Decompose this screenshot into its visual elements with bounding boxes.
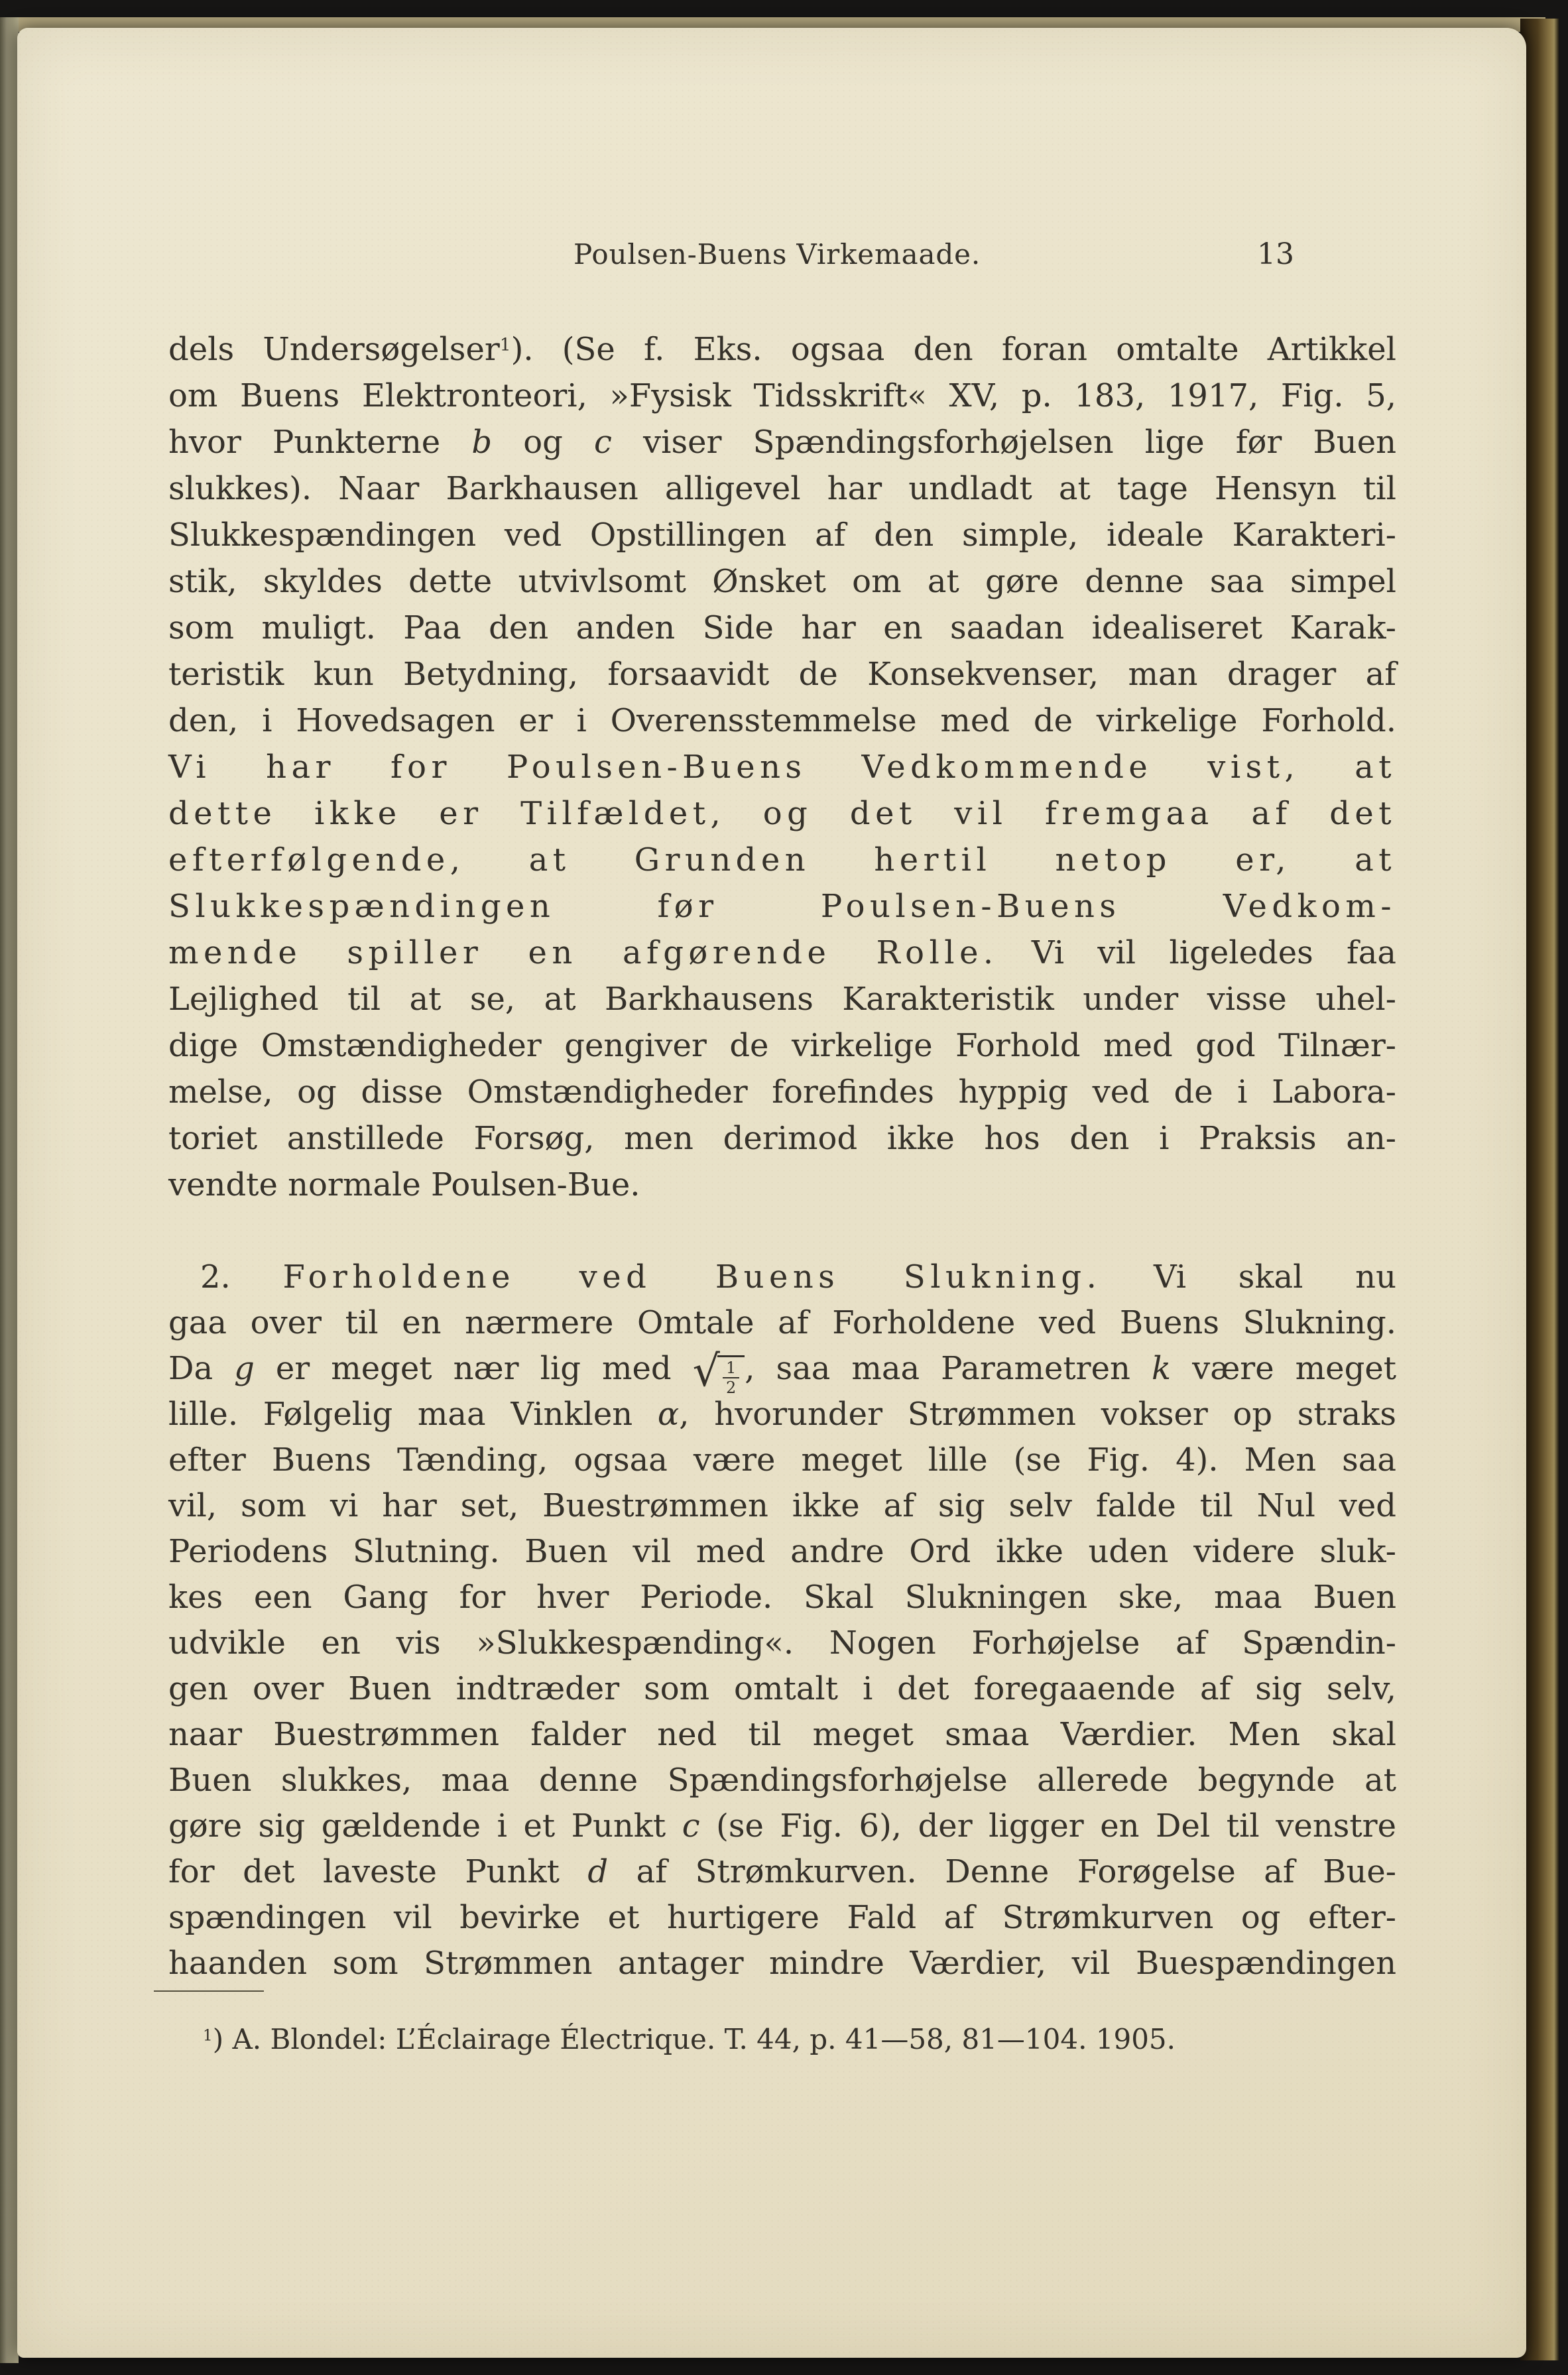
text-segment: naar Buestrømmen falder ned til meget sm… <box>168 1716 1396 1753</box>
text-segment: som muligt. Paa den anden Side har en sa… <box>168 609 1396 646</box>
text-segment: ). (Se f. Eks. ogsaa den foran omtalte A… <box>511 331 1396 368</box>
text-segment: Buen slukkes, maa denne Spændingsforhøje… <box>168 1762 1396 1799</box>
radical-sign: √ <box>693 1353 720 1391</box>
footnote-rule <box>154 1990 264 1992</box>
fraction-numerator: 1 <box>723 1359 739 1378</box>
paragraph: 2. Forholdene ved Buens Slukning. Vi ska… <box>168 1254 1396 1986</box>
text-segment: lille. Følgelig maa Vinklen <box>168 1396 658 1433</box>
text-segment: om Buens Elektronteori, »Fysisk Tidsskri… <box>168 377 1396 414</box>
text-segment: dels Undersøgelser <box>168 331 500 368</box>
page-header: Poulsen-Buens Virkemaade. 13 <box>168 235 1386 274</box>
text-segment: dette ikke er Tilfældet, og det vil frem… <box>168 795 1396 832</box>
text-segment: (se Fig. 6), der ligger en Del til venst… <box>700 1807 1396 1845</box>
text-line: dels Undersøgelser1). (Se f. Eks. ogsaa … <box>168 326 1396 373</box>
text-segment: er meget nær lig med <box>255 1350 693 1387</box>
text-segment: , saa maa Parametren <box>745 1350 1152 1387</box>
math-variable: c <box>682 1807 700 1845</box>
text-segment: den, i Hovedsagen er i Overensstemmelse … <box>168 702 1396 739</box>
running-title: Poulsen-Buens Virkemaade. <box>168 235 1386 274</box>
footnote-text: ) A. Blondel: L’Éclairage Électrique. T.… <box>213 2023 1176 2055</box>
text-line: gaa over til en nærmere Omtale af Forhol… <box>168 1300 1396 1346</box>
text-line: hvor Punkterne b og c viser Spændingsfor… <box>168 419 1396 465</box>
text-segment: spændingen vil bevirke et hurtigere Fald… <box>168 1899 1396 1936</box>
math-variable: k <box>1152 1350 1171 1387</box>
text-line: naar Buestrømmen falder ned til meget sm… <box>168 1712 1396 1758</box>
text-segment: af Strømkurven. Denne Forøgelse af Bue- <box>608 1853 1396 1890</box>
math-variable: b <box>471 424 492 461</box>
text-segment: vendte normale Poulsen-Bue. <box>168 1166 640 1203</box>
text-line: Buen slukkes, maa denne Spændingsforhøje… <box>168 1758 1396 1803</box>
text-segment: udvikle en vis »Slukkespænding«. Nogen F… <box>168 1624 1396 1662</box>
text-line: om Buens Elektronteori, »Fysisk Tidsskri… <box>168 373 1396 419</box>
text-line: efter Buens Tænding, ogsaa være meget li… <box>168 1437 1396 1483</box>
page-body: dels Undersøgelser1). (Se f. Eks. ogsaa … <box>168 326 1396 1986</box>
text-segment: Periodens Slutning. Buen vil med andre O… <box>168 1533 1396 1570</box>
sqrt-half-formula: √12 <box>693 1355 745 1397</box>
footnote-reference: 1 <box>500 334 511 355</box>
text-line: dette ikke er Tilfældet, og det vil frem… <box>168 790 1396 837</box>
text-segment: Vi har for Poulsen-Buens Vedkommende vis… <box>168 749 1396 786</box>
math-variable: α <box>658 1396 679 1433</box>
text-segment: mende spiller en afgørende Rolle. <box>168 934 998 971</box>
text-line: melse, og disse Omstændigheder forefinde… <box>168 1069 1396 1115</box>
math-variable: c <box>594 424 612 461</box>
page-paper: Poulsen-Buens Virkemaade. 13 dels Unders… <box>17 28 1526 2358</box>
page-edge-left <box>0 17 19 2363</box>
text-line: den, i Hovedsagen er i Overensstemmelse … <box>168 698 1396 744</box>
footnote: 1) A. Blondel: L’Éclairage Électrique. T… <box>168 2018 1396 2061</box>
text-line: 2. Forholdene ved Buens Slukning. Vi ska… <box>168 1254 1396 1300</box>
math-variable: d <box>587 1853 608 1890</box>
text-segment: dige Omstændigheder gengiver de virkelig… <box>168 1027 1396 1064</box>
text-segment: Da <box>168 1350 234 1387</box>
text-line: Lejlighed til at se, at Barkhausens Kara… <box>168 976 1396 1022</box>
text-line: slukkes). Naar Barkhausen alligevel har … <box>168 465 1396 512</box>
text-line: haanden som Strømmen antager mindre Værd… <box>168 1941 1396 1986</box>
text-segment: melse, og disse Omstændigheder forefinde… <box>168 1073 1396 1111</box>
text-segment: Slukkespændingen ved Opstillingen af den… <box>168 517 1396 554</box>
text-segment: gøre sig gældende i et Punkt <box>168 1807 682 1845</box>
text-line: udvikle en vis »Slukkespænding«. Nogen F… <box>168 1620 1396 1666</box>
page-number: 13 <box>1257 235 1294 274</box>
fraction: 12 <box>717 1355 745 1397</box>
text-line: stik, skyldes dette utvivlsomt Ønsket om… <box>168 558 1396 605</box>
text-segment: Vi skal nu <box>1101 1258 1396 1296</box>
text-line: vendte normale Poulsen-Bue. <box>168 1162 1396 1208</box>
text-segment: gaa over til en nærmere Omtale af Forhol… <box>168 1304 1396 1341</box>
text-segment: , hvorunder Strømmen vokser op straks <box>679 1396 1396 1433</box>
text-line: efterfølgende, at Grunden hertil netop e… <box>168 837 1396 883</box>
text-segment: teristik kun Betydning, forsaavidt de Ko… <box>168 656 1396 693</box>
text-line: dige Omstændigheder gengiver de virkelig… <box>168 1022 1396 1069</box>
text-segment: stik, skyldes dette utvivlsomt Ønsket om… <box>168 563 1396 600</box>
text-segment: toriet anstillede Forsøg, men derimod ik… <box>168 1120 1396 1157</box>
text-segment: Forholdene ved Buens Slukning. <box>282 1258 1101 1296</box>
text-line: Periodens Slutning. Buen vil med andre O… <box>168 1529 1396 1575</box>
text-line: Vi har for Poulsen-Buens Vedkommende vis… <box>168 744 1396 790</box>
text-segment: gen over Buen indtræder som omtalt i det… <box>168 1670 1396 1707</box>
text-segment: hvor Punkterne <box>168 424 471 461</box>
text-segment: efter Buens Tænding, ogsaa være meget li… <box>168 1441 1396 1479</box>
text-segment: viser Spændingsforhøjelsen lige før Buen <box>612 424 1396 461</box>
paragraph: dels Undersøgelser1). (Se f. Eks. ogsaa … <box>168 326 1396 1208</box>
text-line: kes een Gang for hver Periode. Skal Sluk… <box>168 1575 1396 1620</box>
text-segment: 2. <box>200 1258 282 1296</box>
text-line: spændingen vil bevirke et hurtigere Fald… <box>168 1895 1396 1941</box>
footnote-marker: 1 <box>203 2027 213 2044</box>
text-segment: Vi vil ligeledes faa <box>998 934 1396 971</box>
text-segment: haanden som Strømmen antager mindre Værd… <box>168 1945 1396 1982</box>
text-line: mende spiller en afgørende Rolle. Vi vil… <box>168 930 1396 976</box>
text-segment: og <box>492 424 594 461</box>
text-line: Da g er meget nær lig med √12, saa maa P… <box>168 1346 1396 1392</box>
text-segment: være meget <box>1171 1350 1396 1387</box>
math-variable: g <box>234 1350 255 1387</box>
text-segment: for det laveste Punkt <box>168 1853 587 1890</box>
text-line: Slukkespændingen ved Opstillingen af den… <box>168 512 1396 558</box>
text-line: gen over Buen indtræder som omtalt i det… <box>168 1666 1396 1712</box>
text-line: for det laveste Punkt d af Strømkurven. … <box>168 1849 1396 1895</box>
text-line: toriet anstillede Forsøg, men derimod ik… <box>168 1115 1396 1162</box>
text-line: vil, som vi har set, Buestrømmen ikke af… <box>168 1483 1396 1529</box>
text-line: som muligt. Paa den anden Side har en sa… <box>168 605 1396 651</box>
text-line: teristik kun Betydning, forsaavidt de Ko… <box>168 651 1396 698</box>
text-segment: vil, som vi har set, Buestrømmen ikke af… <box>168 1487 1396 1524</box>
text-segment: Slukkespændingen før Poulsen-Buens Vedko… <box>168 888 1396 925</box>
text-segment: efterfølgende, at Grunden hertil netop e… <box>168 841 1396 879</box>
text-line: gøre sig gældende i et Punkt c (se Fig. … <box>168 1803 1396 1849</box>
book-scan: Poulsen-Buens Virkemaade. 13 dels Unders… <box>0 0 1568 2375</box>
text-segment: kes een Gang for hver Periode. Skal Sluk… <box>168 1579 1396 1616</box>
text-segment: Lejlighed til at se, at Barkhausens Kara… <box>168 981 1396 1018</box>
text-line: lille. Følgelig maa Vinklen α, hvorunder… <box>168 1392 1396 1437</box>
text-line: Slukkespændingen før Poulsen-Buens Vedko… <box>168 883 1396 930</box>
text-segment: slukkes). Naar Barkhausen alligevel har … <box>168 470 1396 507</box>
